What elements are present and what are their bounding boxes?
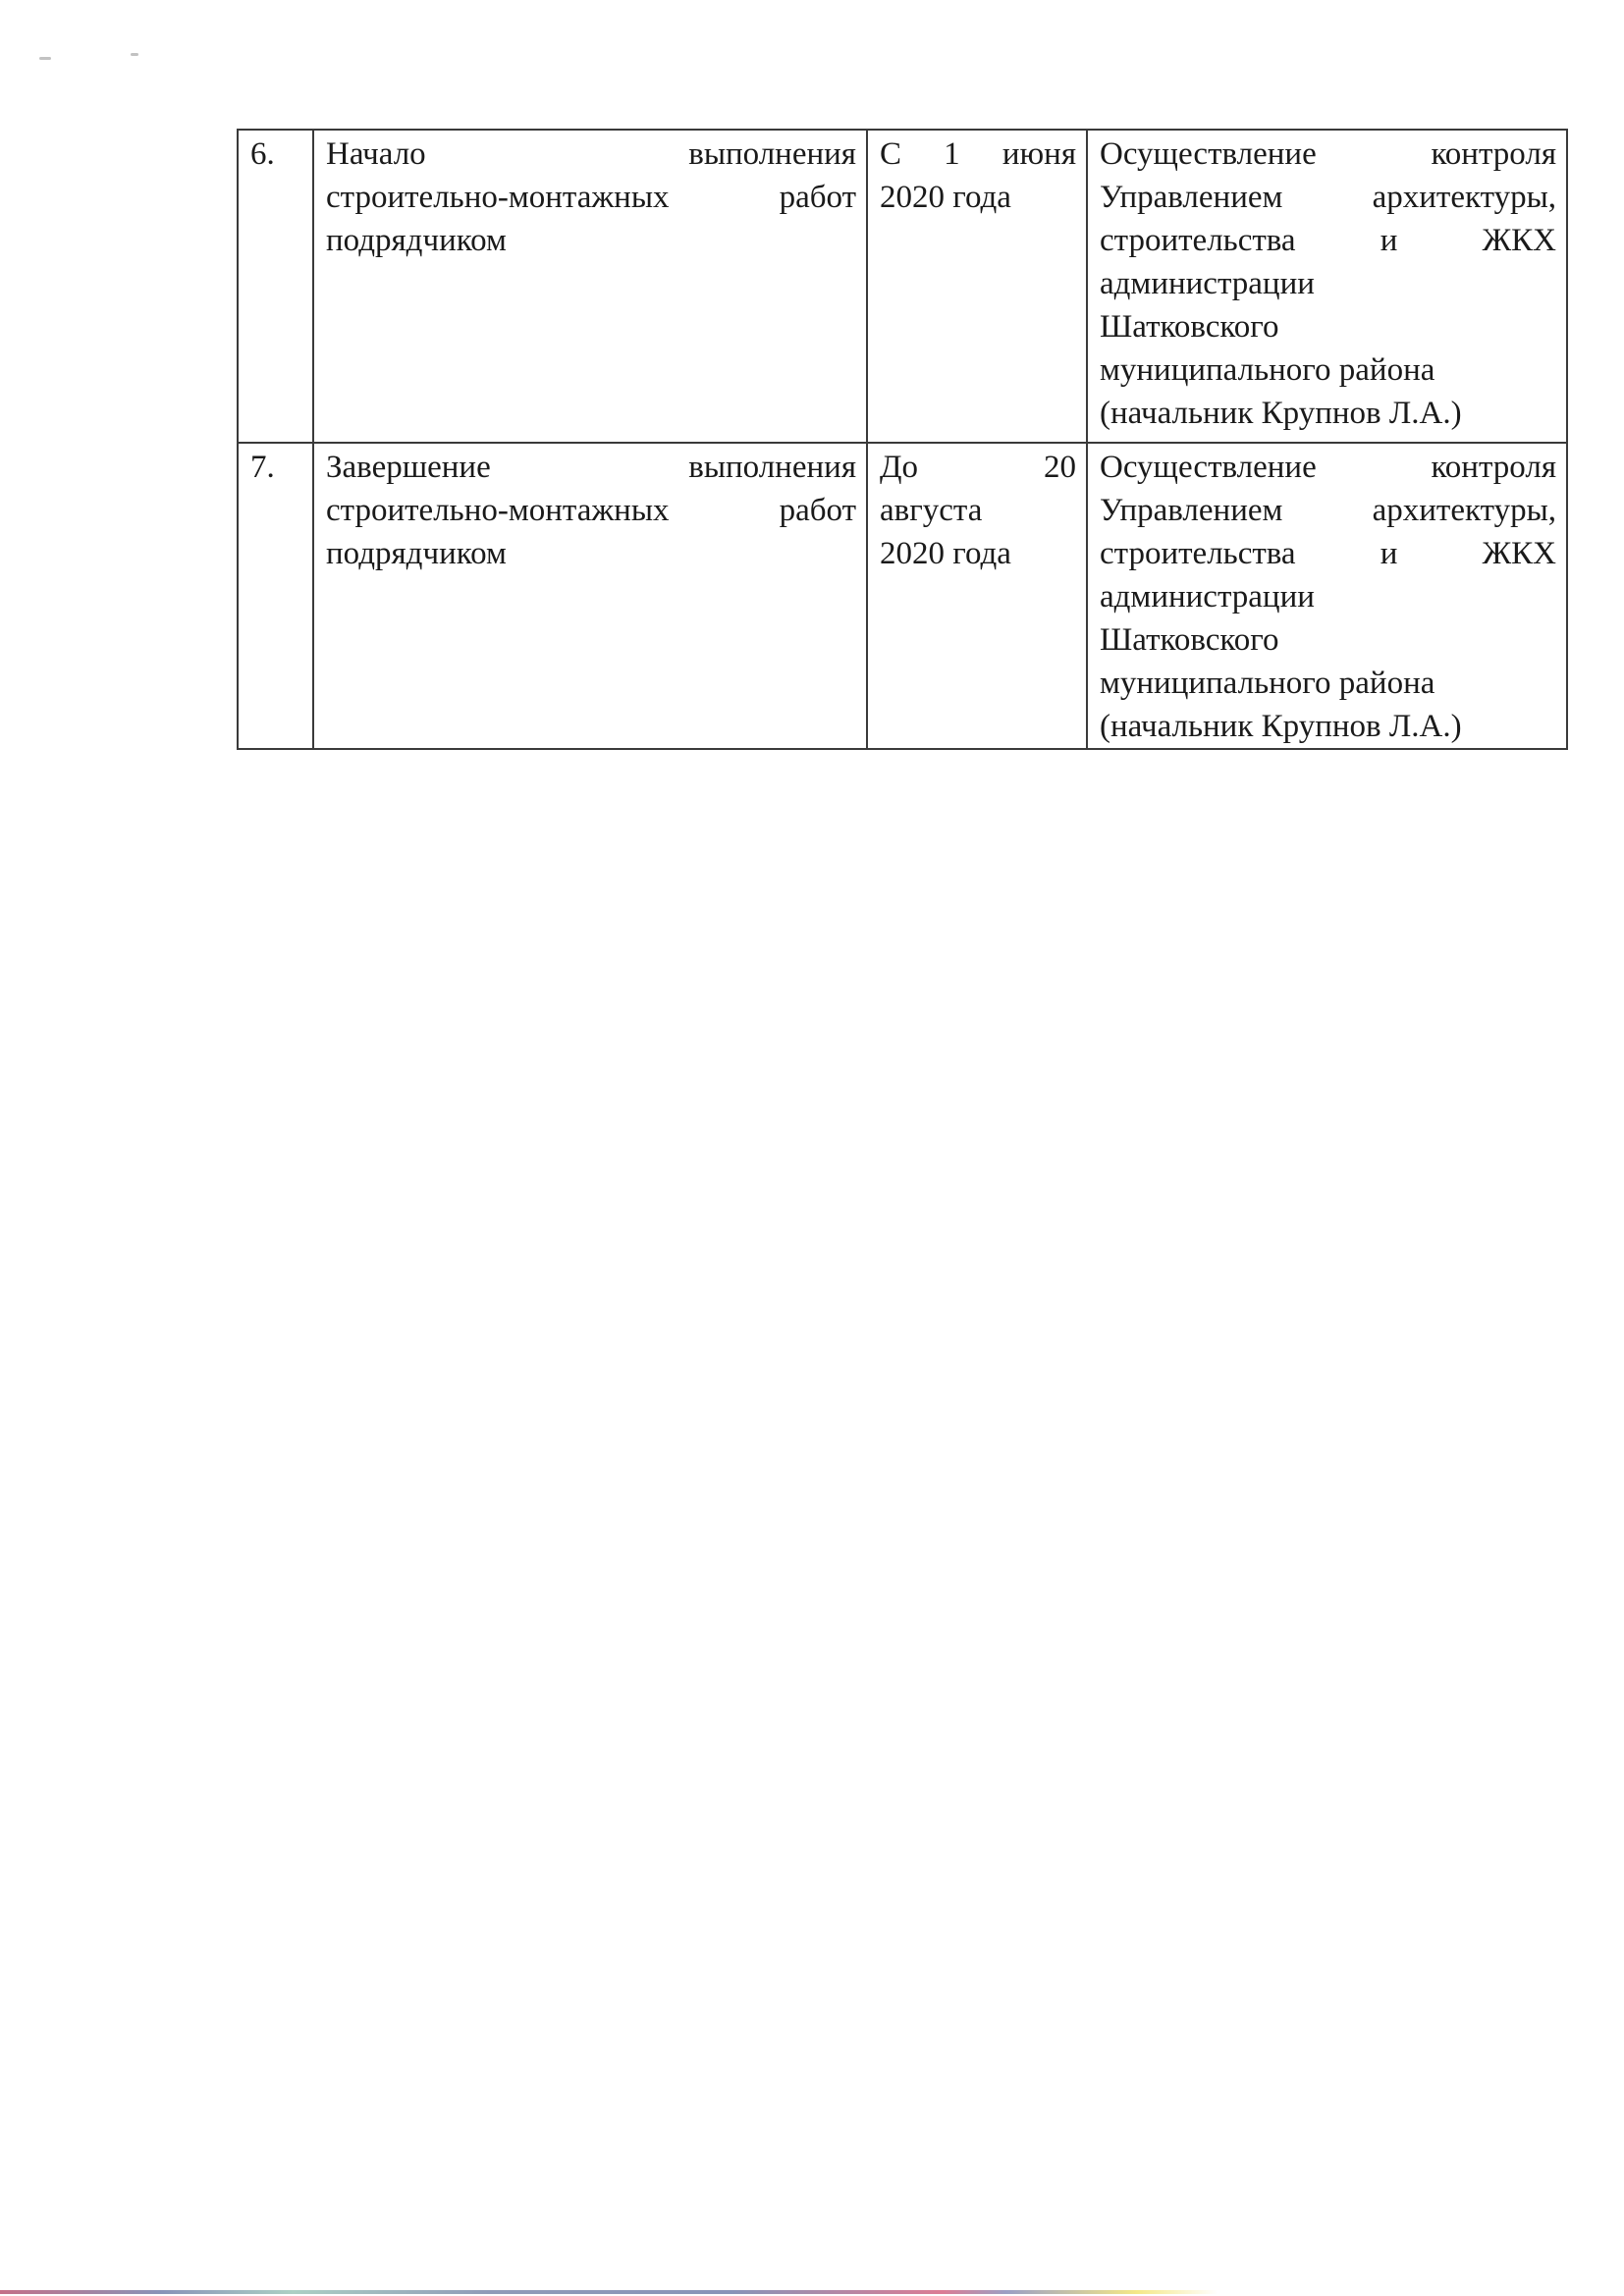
event-cell: Начало выполнениястроительно-монтажных р… xyxy=(313,130,867,443)
schedule-table: 6. Начало выполнениястроительно-монтажны… xyxy=(237,129,1568,750)
table-row: 6. Начало выполнениястроительно-монтажны… xyxy=(238,130,1567,443)
term-cell: С 1 июня2020 года xyxy=(867,130,1087,443)
scan-artifact-mark xyxy=(39,57,51,60)
cell-text-line: строительно-монтажных работ xyxy=(326,489,856,532)
cell-text-line: 2020 года xyxy=(880,176,1076,219)
responsible-cell: Осуществление контроляУправлением архите… xyxy=(1087,130,1567,443)
cell-text-line: Управлением архитектуры, xyxy=(1100,489,1556,532)
table-row: 7. Завершение выполнениястроительно-монт… xyxy=(238,443,1567,749)
cell-text-line: Осуществление контроля xyxy=(1100,446,1556,489)
cell-text-line: подрядчиком xyxy=(326,532,856,575)
responsible-cell: Осуществление контроляУправлением архите… xyxy=(1087,443,1567,749)
cell-text-line: (начальник Крупнов Л.А.) xyxy=(1100,705,1556,748)
cell-text-line: До 20 xyxy=(880,446,1076,489)
cell-text-line: С 1 июня xyxy=(880,133,1076,176)
term-cell: До 20августа2020 года xyxy=(867,443,1087,749)
cell-text-line: (начальник Крупнов Л.А.) xyxy=(1100,392,1556,435)
cell-text-line: Шатковского xyxy=(1100,305,1556,348)
scan-edge-artifact xyxy=(0,2290,1624,2294)
cell-text-line: Завершение выполнения xyxy=(326,446,856,489)
scan-artifact-mark xyxy=(131,53,138,56)
cell-text-line: строительства и ЖКХ xyxy=(1100,532,1556,575)
cell-text-line: администрации xyxy=(1100,575,1556,618)
row-number-cell: 7. xyxy=(238,443,313,749)
cell-text-line: 2020 года xyxy=(880,532,1076,575)
cell-text-line: Шатковского xyxy=(1100,618,1556,662)
row-number-cell: 6. xyxy=(238,130,313,443)
cell-text-line: строительства и ЖКХ xyxy=(1100,219,1556,262)
cell-text-line: Начало выполнения xyxy=(326,133,856,176)
cell-text-line: Управлением архитектуры, xyxy=(1100,176,1556,219)
cell-text-line: строительно-монтажных работ xyxy=(326,176,856,219)
cell-text-line: администрации xyxy=(1100,262,1556,305)
cell-text-line: муниципального района xyxy=(1100,348,1556,392)
row-number: 6. xyxy=(250,136,275,172)
cell-text-line: муниципального района xyxy=(1100,662,1556,705)
cell-text-line: Осуществление контроля xyxy=(1100,133,1556,176)
event-cell: Завершение выполнениястроительно-монтажн… xyxy=(313,443,867,749)
row-number: 7. xyxy=(250,450,275,485)
cell-text-line: подрядчиком xyxy=(326,219,856,262)
cell-text-line: августа xyxy=(880,489,1076,532)
